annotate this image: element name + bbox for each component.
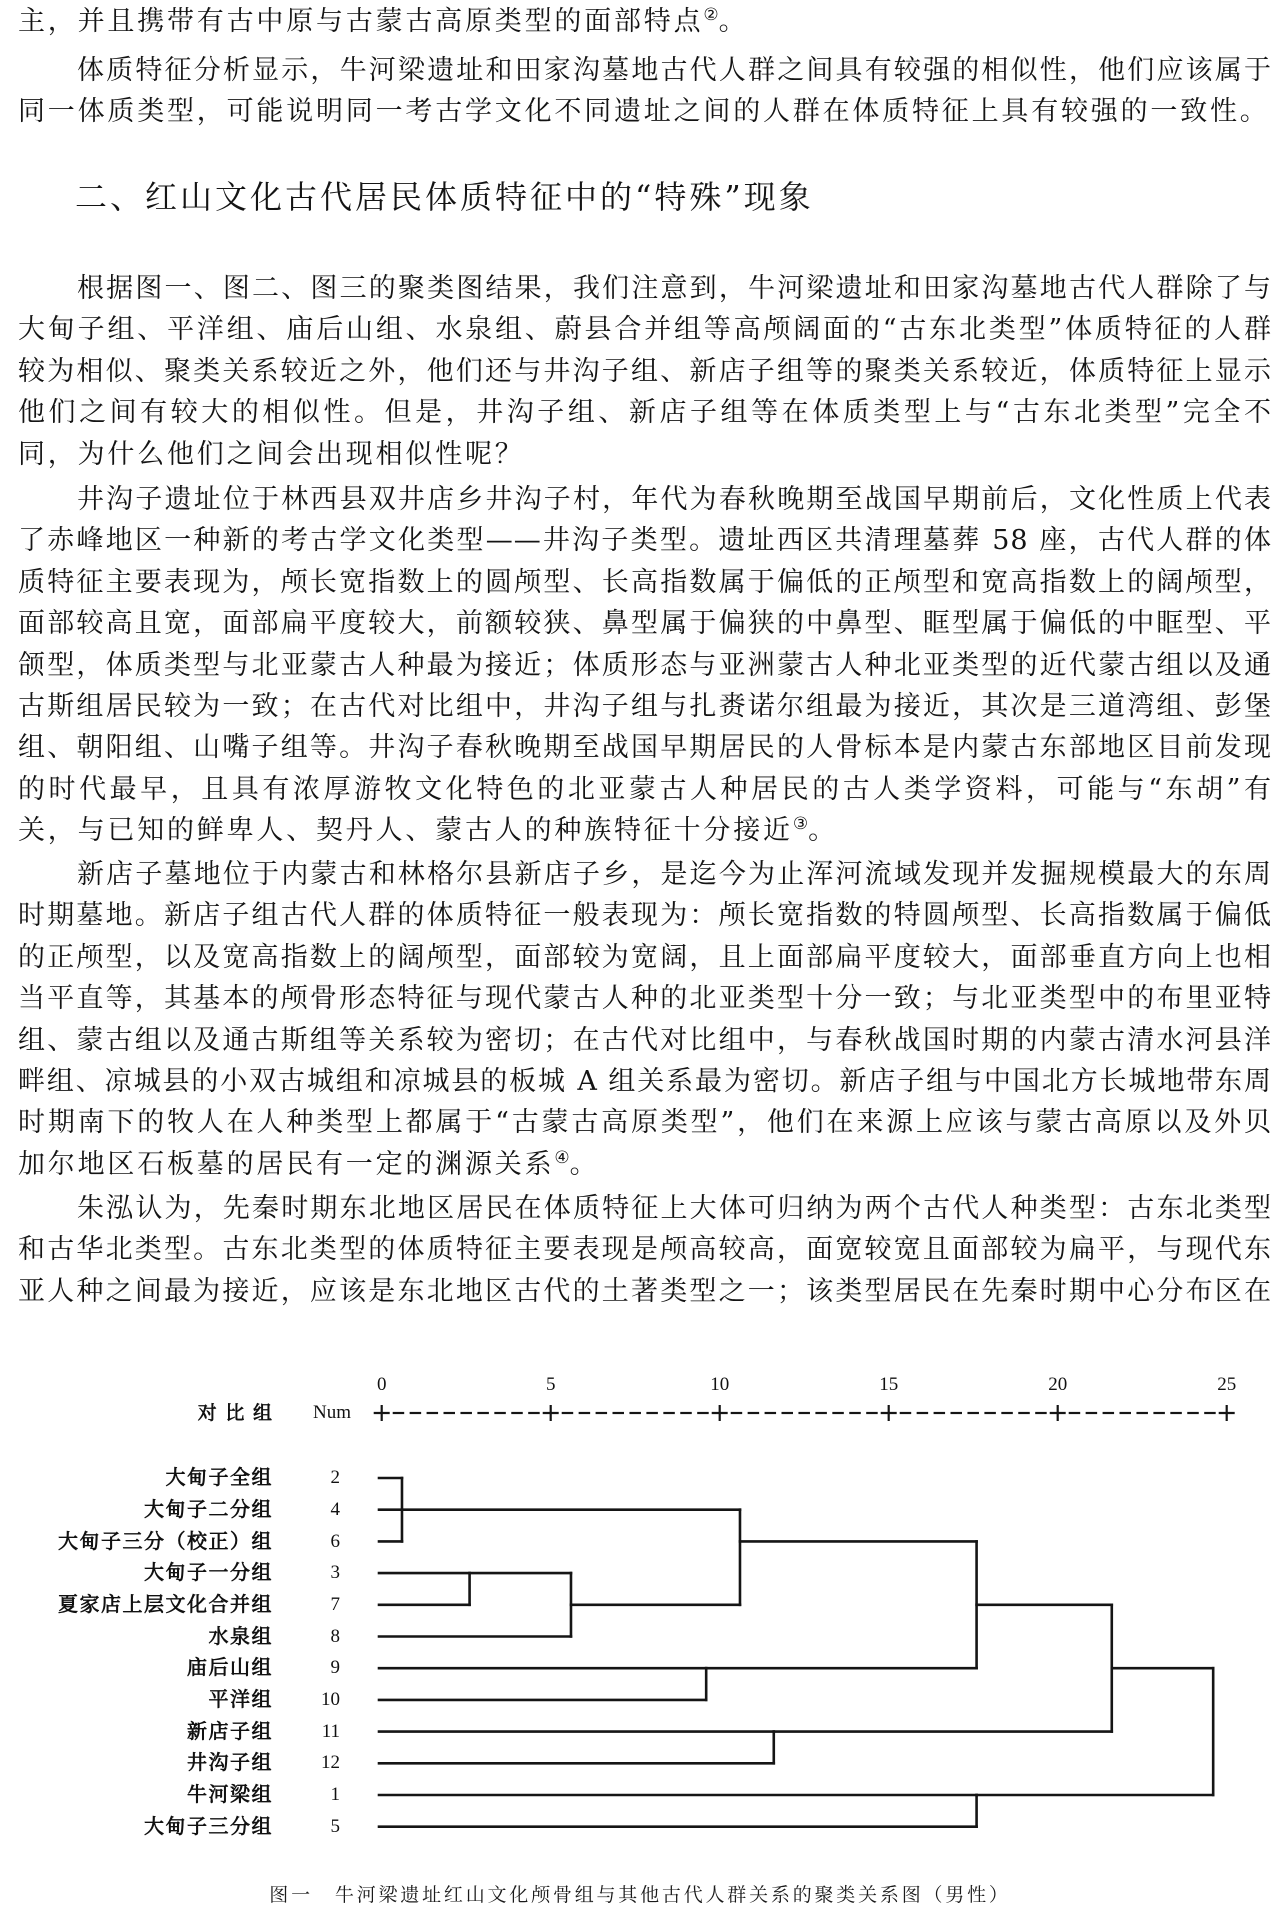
paragraph: 主，并且携带有古中原与古蒙古高原类型的面部特点②。: [18, 1, 1272, 42]
paragraph: 朱泓认为，先秦时期东北地区居民在体质特征上大体可归纳为两个古代人种类型：古东北类…: [18, 1188, 1272, 1312]
footnote-marker: ②: [703, 5, 718, 25]
paragraph-line: 面部较高且宽，面部扁平度较大，前额较狭、鼻型属于偏狭的中鼻型、眶型属于偏低的中眶…: [18, 603, 1272, 644]
dendrogram-axis: [374, 1405, 1235, 1421]
paragraph-line: 当平直等，其基本的颅骨形态特征与现代蒙古人种的北亚类型十分一致；与北亚类型中的布…: [18, 978, 1272, 1019]
paragraph-line: 加尔地区石板墓的居民有一定的渊源关系④。: [18, 1144, 1272, 1185]
paragraph-line: 颌型，体质类型与北亚蒙古人种最为接近；体质形态与亚洲蒙古人种北亚类型的近代蒙古组…: [18, 645, 1272, 686]
paragraph-line: 畔组、凉城县的小双古城组和凉城县的板城 A 组关系最为密切。新店子组与中国北方长…: [18, 1061, 1272, 1102]
paragraph-line: 古斯组居民较为一致；在古代对比组中，井沟子组与扎赉诺尔组最为接近，其次是三道湾组…: [18, 686, 1272, 727]
paragraph-line: 和古华北类型。古东北类型的体质特征主要表现是颅高较高，面宽较宽且面部较为扁平，与…: [18, 1229, 1272, 1270]
paragraph-line: 组、蒙古组以及通古斯组等关系较为密切；在古代对比组中，与春秋战国时期的内蒙古清水…: [18, 1020, 1272, 1061]
paragraph-line: 新店子墓地位于内蒙古和林格尔县新店子乡，是迄今为止浑河流域发现并发掘规模最大的东…: [18, 854, 1272, 895]
caption-number: 图一: [269, 1884, 313, 1906]
paragraph-line: 他们之间有较大的相似性。但是，井沟子组、新店子组等在体质类型上与“古东北类型”完…: [18, 392, 1272, 433]
line-tail: 。: [570, 1149, 600, 1180]
line-tail: 。: [808, 815, 838, 846]
figure-caption: 图一牛河梁遗址红山文化颅骨组与其他古代人群关系的聚类关系图（男性）: [0, 1883, 1280, 1907]
dendrogram-branches: [379, 1478, 1213, 1827]
paragraph-line: 时期墓地。新店子组古代人群的体质特征一般表现为：颅长宽指数的特圆颅型、长高指数属…: [18, 895, 1272, 936]
paragraph-line: 根据图一、图二、图三的聚类图结果，我们注意到，牛河梁遗址和田家沟墓地古代人群除了…: [18, 268, 1272, 309]
document-page: 主，并且携带有古中原与古蒙古高原类型的面部特点②。 体质特征分析显示，牛河梁遗址…: [0, 0, 1280, 1910]
paragraph-line: 同一体质类型，可能说明同一考古学文化不同遗址之间的人群在体质特征上具有较强的一致…: [18, 91, 1272, 132]
footnote-marker: ③: [793, 814, 808, 834]
paragraph: 体质特征分析显示，牛河梁遗址和田家沟墓地古代人群之间具有较强的相似性，他们应该属…: [18, 50, 1272, 133]
paragraph: 井沟子遗址位于林西县双井店乡井沟子村，年代为春秋晚期至战国早期前后，文化性质上代…: [18, 479, 1272, 852]
line-text: 主，并且携带有古中原与古蒙古高原类型的面部特点: [18, 6, 703, 37]
paragraph-line: 主，并且携带有古中原与古蒙古高原类型的面部特点②。: [18, 1, 1272, 42]
line-text: 加尔地区石板墓的居民有一定的渊源关系: [18, 1149, 554, 1180]
paragraph-line: 较为相似、聚类关系较近之外，他们还与井沟子组、新店子组等的聚类关系较近，体质特征…: [18, 351, 1272, 392]
footnote-marker: ④: [554, 1148, 569, 1168]
paragraph-line: 组、朝阳组、山嘴子组等。井沟子春秋晚期至战国早期居民的人骨标本是内蒙古东部地区目…: [18, 727, 1272, 768]
paragraph-line: 朱泓认为，先秦时期东北地区居民在体质特征上大体可归纳为两个古代人种类型：古东北类…: [18, 1188, 1272, 1229]
paragraph-line: 大甸子组、平洋组、庙后山组、水泉组、蔚县合并组等高颅阔面的“古东北类型”体质特征…: [18, 309, 1272, 350]
paragraph-line: 时期南下的牧人在人种类型上都属于“古蒙古高原类型”，他们在来源上应该与蒙古高原以…: [18, 1102, 1272, 1143]
paragraph-line: 质特征主要表现为，颅长宽指数上的圆颅型、长高指数属于偏低的正颅型和宽高指数上的阔…: [18, 562, 1272, 603]
paragraph: 根据图一、图二、图三的聚类图结果，我们注意到，牛河梁遗址和田家沟墓地古代人群除了…: [18, 268, 1272, 475]
paragraph-line: 井沟子遗址位于林西县双井店乡井沟子村，年代为春秋晚期至战国早期前后，文化性质上代…: [18, 479, 1272, 520]
line-tail: 。: [719, 6, 749, 37]
paragraph-line: 了赤峰地区一种新的考古学文化类型——井沟子类型。遗址西区共清理墓葬 58 座，古…: [18, 520, 1272, 561]
paragraph-line: 同，为什么他们之间会出现相似性呢？: [18, 434, 1272, 475]
paragraph-line: 体质特征分析显示，牛河梁遗址和田家沟墓地古代人群之间具有较强的相似性，他们应该属…: [18, 50, 1272, 91]
line-text: 关，与已知的鲜卑人、契丹人、蒙古人的种族特征十分接近: [18, 815, 793, 846]
paragraph-line: 关，与已知的鲜卑人、契丹人、蒙古人的种族特征十分接近③。: [18, 810, 1272, 851]
caption-title: 牛河梁遗址红山文化颅骨组与其他古代人群关系的聚类关系图（男性）: [335, 1884, 1011, 1906]
paragraph-line: 亚人种之间最为接近，应该是东北地区古代的土著类型之一；该类型居民在先秦时期中心分…: [18, 1271, 1272, 1312]
dendrogram-svg: [0, 1360, 1280, 1860]
paragraph-line: 的时代最早，且具有浓厚游牧文化特色的北亚蒙古人种居民的古人类学资料，可能与“东胡…: [18, 769, 1272, 810]
section-heading: 二、红山文化古代居民体质特征中的“特殊”现象: [75, 176, 814, 218]
paragraph: 新店子墓地位于内蒙古和林格尔县新店子乡，是迄今为止浑河流域发现并发掘规模最大的东…: [18, 854, 1272, 1185]
paragraph-line: 的正颅型，以及宽高指数上的阔颅型，面部较为宽阔，且上面部扁平度较大，面部垂直方向…: [18, 937, 1272, 978]
